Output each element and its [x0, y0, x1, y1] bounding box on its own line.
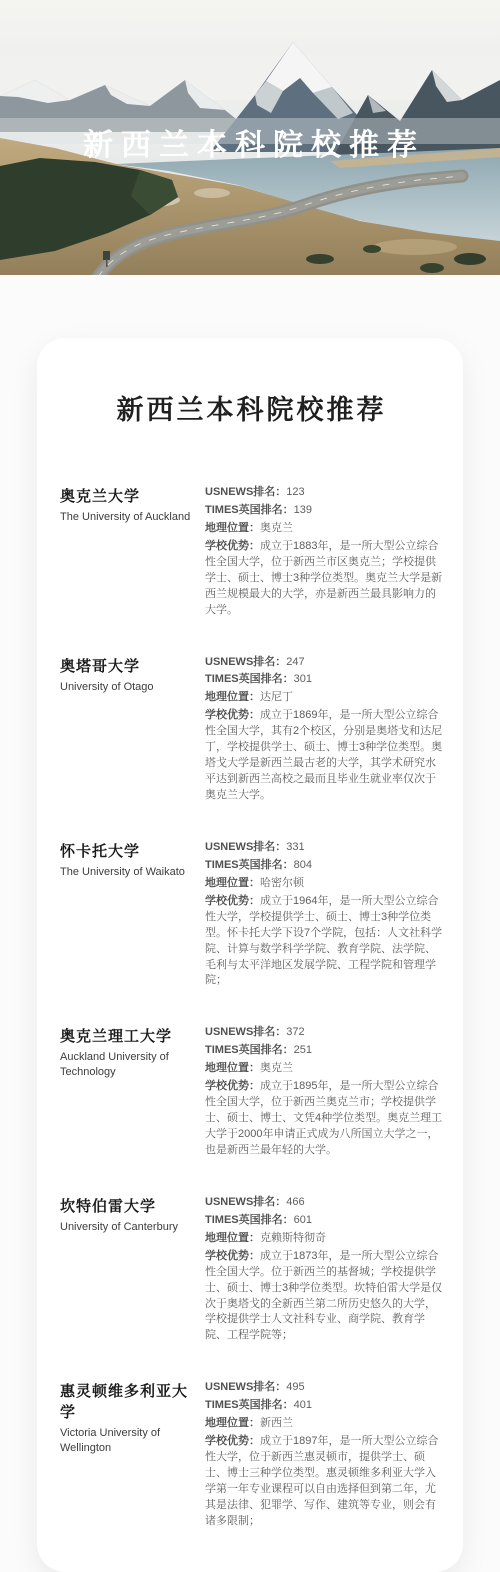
- university-details: USNEWS排名：372 TIMES英国排名：251 地理位置：奥克兰 学校优势…: [205, 1025, 443, 1159]
- times-ranking: TIMES英国排名：301: [205, 672, 443, 688]
- location: 地理位置：哈密尔顿: [205, 876, 443, 892]
- times-value: 401: [294, 1399, 312, 1411]
- university-names: 怀卡托大学 The University of Waikato: [60, 840, 205, 989]
- advantages: 学校优势：成立于1869年，是一所大型公立综合性全国大学，其有2个校区，分别是奥…: [205, 708, 443, 804]
- usnews-label: USNEWS排名：: [205, 656, 286, 668]
- location-label: 地理位置：: [205, 1062, 260, 1074]
- usnews-label: USNEWS排名：: [205, 1196, 286, 1208]
- university-names: 奥塔哥大学 University of Otago: [60, 655, 205, 804]
- university-name-cn: 坎特伯雷大学: [60, 1195, 197, 1216]
- university-name-cn: 怀卡托大学: [60, 840, 197, 861]
- usnews-label: USNEWS排名：: [205, 1381, 286, 1393]
- university-name-cn: 奥塔哥大学: [60, 655, 197, 676]
- times-label: TIMES英国排名：: [205, 1399, 294, 1411]
- university-name-cn: 惠灵顿维多利亚大学: [60, 1380, 197, 1422]
- location-label: 地理位置：: [205, 1417, 260, 1429]
- university-name-en: The University of Auckland: [60, 510, 197, 524]
- advantages: 学校优势：成立于1873年，是一所大型公立综合性全国大学。位于新西兰的基督城；学…: [205, 1249, 443, 1345]
- location: 地理位置：奥克兰: [205, 521, 443, 537]
- usnews-ranking: USNEWS排名：495: [205, 1380, 443, 1396]
- usnews-ranking: USNEWS排名：466: [205, 1195, 443, 1211]
- usnews-ranking: USNEWS排名：247: [205, 655, 443, 671]
- location-value: 哈密尔顿: [260, 877, 304, 889]
- location-value: 奥克兰: [260, 1062, 293, 1074]
- usnews-value: 247: [286, 656, 304, 668]
- university-names: 坎特伯雷大学 University of Canterbury: [60, 1195, 205, 1344]
- university-section-aut: 奥克兰理工大学 Auckland University of Technolog…: [60, 1025, 443, 1159]
- times-value: 601: [294, 1214, 312, 1226]
- advantage-label: 学校优势：: [205, 1080, 260, 1092]
- university-section-otago: 奥塔哥大学 University of Otago USNEWS排名：247 T…: [60, 655, 443, 804]
- times-label: TIMES英国排名：: [205, 673, 294, 685]
- usnews-label: USNEWS排名：: [205, 1026, 286, 1038]
- times-ranking: TIMES英国排名：601: [205, 1213, 443, 1229]
- advantage-text: 成立于1873年，是一所大型公立综合性全国大学。位于新西兰的基督城；学校提供学士…: [205, 1250, 442, 1342]
- location-label: 地理位置：: [205, 877, 260, 889]
- advantages: 学校优势：成立于1895年，是一所大型公立综合性全国大学，位于新西兰奥克兰市；学…: [205, 1079, 443, 1159]
- location-label: 地理位置：: [205, 1232, 260, 1244]
- advantage-label: 学校优势：: [205, 1250, 260, 1262]
- advantage-label: 学校优势：: [205, 709, 260, 721]
- times-value: 804: [294, 859, 312, 871]
- times-label: TIMES英国排名：: [205, 504, 294, 516]
- advantage-label: 学校优势：: [205, 895, 260, 907]
- university-names: 奥克兰大学 The University of Auckland: [60, 485, 205, 619]
- times-label: TIMES英国排名：: [205, 1214, 294, 1226]
- advantages: 学校优势：成立于1964年，是一所大型公立综合性大学，学校提供学士、硕士、博士3…: [205, 894, 443, 990]
- times-ranking: TIMES英国排名：401: [205, 1398, 443, 1414]
- location-value: 克赖斯特彻奇: [260, 1232, 326, 1244]
- university-section-auckland: 奥克兰大学 The University of Auckland USNEWS排…: [60, 485, 443, 619]
- university-name-en: The University of Waikato: [60, 865, 197, 879]
- location-value: 奥克兰: [260, 522, 293, 534]
- location: 地理位置：克赖斯特彻奇: [205, 1231, 443, 1247]
- university-details: USNEWS排名：247 TIMES英国排名：301 地理位置：达尼丁 学校优势…: [205, 655, 443, 804]
- advantage-text: 成立于1964年，是一所大型公立综合性大学，学校提供学士、硕士、博士3种学位类型…: [205, 895, 442, 987]
- university-details: USNEWS排名：466 TIMES英国排名：601 地理位置：克赖斯特彻奇 学…: [205, 1195, 443, 1344]
- hero-title: 新西兰本科院校推荐: [0, 120, 500, 164]
- university-name-en: University of Canterbury: [60, 1220, 197, 1234]
- university-details: USNEWS排名：495 TIMES英国排名：401 地理位置：新西兰 学校优势…: [205, 1380, 443, 1529]
- recommendation-card: 新西兰本科院校推荐 奥克兰大学 The University of Auckla…: [37, 338, 463, 1572]
- advantage-label: 学校优势：: [205, 540, 260, 552]
- usnews-value: 466: [286, 1196, 304, 1208]
- usnews-value: 495: [286, 1381, 304, 1393]
- location-label: 地理位置：: [205, 691, 260, 703]
- times-value: 251: [294, 1044, 312, 1056]
- usnews-ranking: USNEWS排名：372: [205, 1025, 443, 1041]
- location: 地理位置：新西兰: [205, 1416, 443, 1432]
- university-name-cn: 奥克兰理工大学: [60, 1025, 197, 1046]
- location: 地理位置：达尼丁: [205, 690, 443, 706]
- usnews-label: USNEWS排名：: [205, 841, 286, 853]
- university-name-en: University of Otago: [60, 680, 197, 694]
- card-title: 新西兰本科院校推荐: [60, 388, 443, 427]
- university-name-en: Auckland University of Technology: [60, 1050, 197, 1079]
- times-label: TIMES英国排名：: [205, 1044, 294, 1056]
- usnews-label: USNEWS排名：: [205, 486, 286, 498]
- hero-section: 新西兰本科院校推荐: [0, 0, 500, 275]
- usnews-value: 331: [286, 841, 304, 853]
- university-name-en: Victoria University of Wellington: [60, 1426, 197, 1455]
- university-names: 惠灵顿维多利亚大学 Victoria University of Welling…: [60, 1380, 205, 1529]
- university-section-victoria-wellington: 惠灵顿维多利亚大学 Victoria University of Welling…: [60, 1380, 443, 1529]
- location-value: 达尼丁: [260, 691, 293, 703]
- times-label: TIMES英国排名：: [205, 859, 294, 871]
- location: 地理位置：奥克兰: [205, 1061, 443, 1077]
- times-ranking: TIMES英国排名：251: [205, 1043, 443, 1059]
- advantages: 学校优势：成立于1897年，是一所大型公立综合性大学，位于新西兰惠灵顿市，提供学…: [205, 1434, 443, 1530]
- location-label: 地理位置：: [205, 522, 260, 534]
- advantage-text: 成立于1869年，是一所大型公立综合性全国大学，其有2个校区，分别是奥塔戈和达尼…: [205, 709, 442, 801]
- advantage-text: 成立于1897年，是一所大型公立综合性大学，位于新西兰惠灵顿市，提供学士、硕士、…: [205, 1435, 438, 1527]
- times-ranking: TIMES英国排名：139: [205, 503, 443, 519]
- advantages: 学校优势：成立于1883年，是一所大型公立综合性全国大学，位于新西兰市区奥克兰；…: [205, 539, 443, 619]
- usnews-ranking: USNEWS排名：123: [205, 485, 443, 501]
- university-section-canterbury: 坎特伯雷大学 University of Canterbury USNEWS排名…: [60, 1195, 443, 1344]
- advantage-label: 学校优势：: [205, 1435, 260, 1447]
- usnews-value: 372: [286, 1026, 304, 1038]
- times-value: 301: [294, 673, 312, 685]
- times-value: 139: [294, 504, 312, 516]
- university-names: 奥克兰理工大学 Auckland University of Technolog…: [60, 1025, 205, 1159]
- university-name-cn: 奥克兰大学: [60, 485, 197, 506]
- times-ranking: TIMES英国排名：804: [205, 858, 443, 874]
- location-value: 新西兰: [260, 1417, 293, 1429]
- university-details: USNEWS排名：123 TIMES英国排名：139 地理位置：奥克兰 学校优势…: [205, 485, 443, 619]
- university-details: USNEWS排名：331 TIMES英国排名：804 地理位置：哈密尔顿 学校优…: [205, 840, 443, 989]
- university-section-waikato: 怀卡托大学 The University of Waikato USNEWS排名…: [60, 840, 443, 989]
- usnews-value: 123: [286, 486, 304, 498]
- usnews-ranking: USNEWS排名：331: [205, 840, 443, 856]
